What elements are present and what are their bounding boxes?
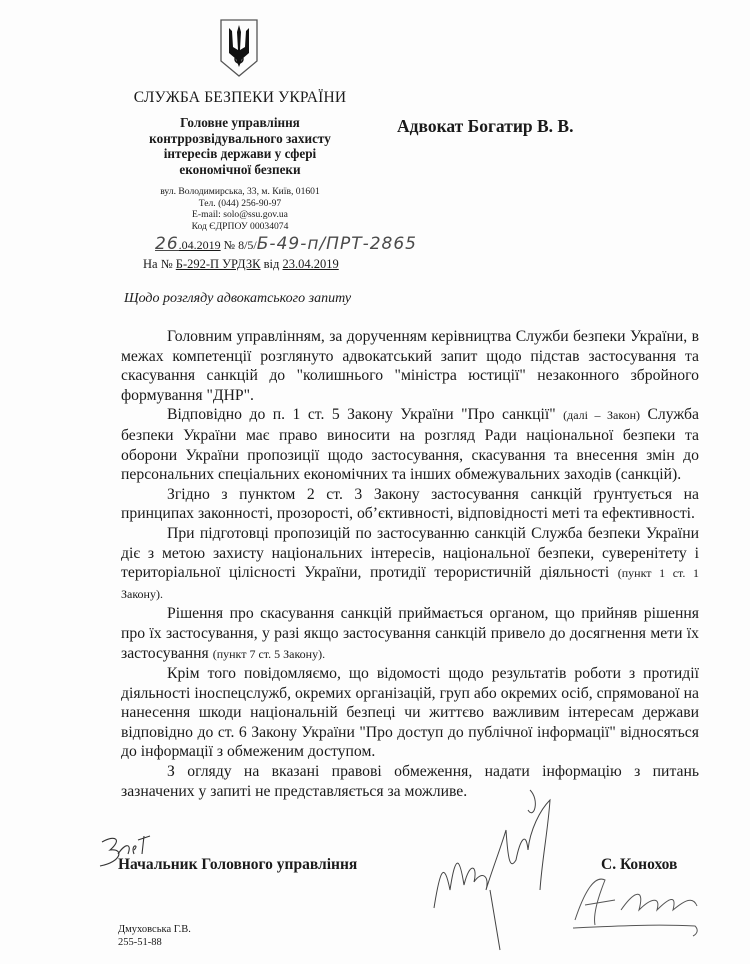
- outgoing-reference: 26.04.2019 № 8/5/Б-49-п/ПРТ-2865: [155, 234, 417, 254]
- executor-block: Дмуховська Г.В. 255-51-88: [118, 923, 191, 949]
- department-line: інтересів держави у сфері: [110, 146, 370, 162]
- outgoing-number: Б-49-п/ПРТ-2865: [257, 234, 417, 254]
- edrpou-code: Код ЄДРПОУ 00034074: [110, 221, 370, 233]
- paragraph-text: Рішення про скасування санкцій приймаєть…: [121, 605, 699, 661]
- secondary-signature-icon: [565, 870, 715, 940]
- department-name: Головне управління контррозвідувального …: [110, 115, 370, 177]
- incoming-prefix: На №: [143, 257, 176, 271]
- paragraph-text: Відповідно до п. 1 ст. 5 Закону України …: [167, 406, 563, 423]
- contact-block: вул. Володимирська, 33, м. Київ, 01601 Т…: [110, 186, 370, 232]
- paragraph: При підготовці пропозицій по застосуванн…: [121, 524, 699, 604]
- outgoing-date: .04.2019: [179, 238, 221, 252]
- incoming-from: від: [260, 257, 282, 271]
- paragraph: Головним управлінням, за дорученням кері…: [121, 327, 699, 405]
- paragraph: Згідно з пунктом 2 ст. 3 Закону застосув…: [121, 485, 699, 524]
- addressee: Адвокат Богатир В. В.: [397, 116, 573, 137]
- outgoing-number-prefix: № 8/5/: [221, 238, 257, 252]
- paragraph: З огляду на вказані правові обмеження, н…: [121, 762, 699, 801]
- paragraph-note: (далі – Закон): [563, 408, 640, 422]
- phone: Тел. (044) 256-90-97: [110, 198, 370, 210]
- incoming-reference: На № Б-292-П УРДЗК від 23.04.2019: [143, 257, 339, 272]
- paragraph-text: При підготовці пропозицій по застосуванн…: [121, 525, 699, 581]
- signatory-title: Начальник Головного управління: [118, 856, 357, 874]
- letter-body: Головним управлінням, за дорученням кері…: [121, 327, 699, 801]
- address: вул. Володимирська, 33, м. Київ, 01601: [110, 186, 370, 198]
- crest-icon: [218, 17, 260, 79]
- paragraph: Крім того повідомляємо, що відомості щод…: [121, 664, 699, 762]
- executor-name: Дмуховська Г.В.: [118, 923, 191, 936]
- paragraph: Рішення про скасування санкцій приймаєть…: [121, 604, 699, 664]
- incoming-date: 23.04.2019: [282, 257, 338, 271]
- department-line: контррозвідувального захисту: [110, 131, 370, 147]
- department-line: економічної безпеки: [110, 162, 370, 178]
- paragraph-note: (пункт 7 ст. 5 Закону).: [213, 647, 325, 661]
- email: E-mail: solo@ssu.gov.ua: [110, 209, 370, 221]
- department-line: Головне управління: [110, 115, 370, 131]
- subject-line: Щодо розгляду адвокатського запиту: [124, 291, 351, 307]
- executor-phone: 255-51-88: [118, 936, 191, 949]
- organization-name: СЛУЖБА БЕЗПЕКИ УКРАЇНИ: [110, 89, 370, 107]
- outgoing-day: 26: [155, 234, 179, 254]
- paragraph: Відповідно до п. 1 ст. 5 Закону України …: [121, 405, 699, 484]
- incoming-number: Б-292-П УРДЗК: [176, 257, 261, 271]
